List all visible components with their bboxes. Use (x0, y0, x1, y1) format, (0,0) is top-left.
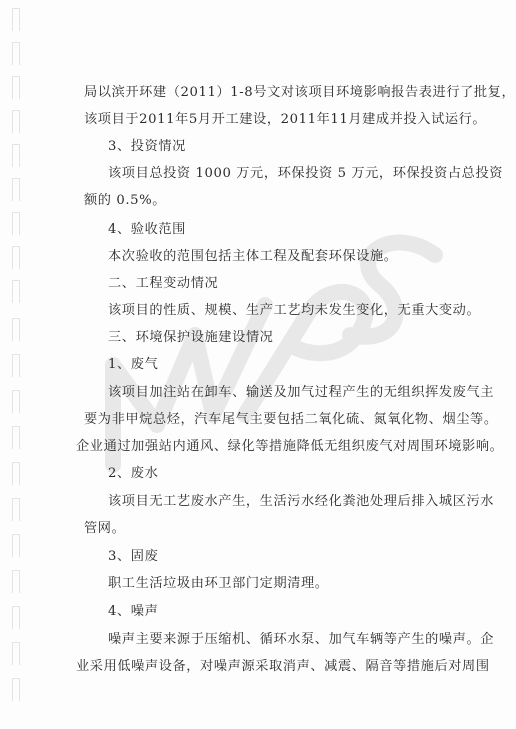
section-heading-acceptance-scope: 4、验收范围 (108, 221, 186, 239)
section-heading-solid-waste: 3、固废 (108, 548, 158, 566)
binding-hole-mark (12, 606, 20, 629)
section-heading-investment: 3、投资情况 (108, 138, 186, 156)
body-text-line: 该项目于2011年5月开工建设，2011年11月建成并投入试运行。 (84, 111, 486, 129)
binding-hole-mark (12, 42, 20, 65)
body-text-line: 额的 0.5%。 (84, 192, 166, 210)
body-text-line: 要为非甲烷总烃，汽车尾气主要包括二氧化硫、氮氧化物、烟尘等。 (84, 411, 498, 429)
binding-hole-mark (12, 246, 20, 269)
binding-hole-mark (12, 178, 20, 201)
body-text-line: 业采用低噪声设备，对噪声源采取消声、减震、隔音等措施后对周围 (76, 658, 490, 676)
body-text-line: 企业通过加强站内通风、绿化等措施降低无组织废气对周围环境影响。 (76, 438, 503, 456)
binding-hole-mark (12, 426, 20, 449)
body-text-line: 该项目无工艺废水产生，生活污水经化粪池处理后排入城区污水 (108, 493, 494, 511)
section-heading-noise: 4、噪声 (108, 603, 158, 621)
binding-hole-mark (12, 390, 20, 413)
binding-hole-mark (12, 76, 20, 99)
body-text-line: 该项目总投资 1000 万元，环保投资 5 万元，环保投资占总投资 (108, 165, 503, 183)
binding-hole-mark (12, 642, 20, 665)
binding-hole-mark (12, 110, 20, 133)
body-text-line: 噪声主要来源于压缩机、循环水泵、加气车辆等产生的噪声。企 (108, 631, 494, 649)
section-heading-waste-gas: 1、废气 (108, 356, 158, 374)
binding-hole-mark (12, 678, 20, 701)
binding-hole-mark (12, 354, 20, 377)
body-text-line: 该项目加注站在卸车、输送及加气过程产生的无组织挥发废气主 (108, 384, 494, 402)
body-text-line: 局以滨开环建（2011）1-8号文对该项目环境影响报告表进行了批复， (84, 84, 515, 102)
section-heading-waste-water: 2、废水 (108, 465, 158, 483)
binding-holes (10, 0, 22, 729)
binding-hole-mark (12, 534, 20, 557)
body-text-line: 本次验收的范围包括主体工程及配套环保设施。 (108, 248, 398, 266)
document-page: 局以滨开环建（2011）1-8号文对该项目环境影响报告表进行了批复， 该项目于2… (0, 0, 516, 729)
binding-hole-mark (12, 318, 20, 341)
body-text-line: 管网。 (84, 520, 125, 538)
body-text-line: 职工生活垃圾由环卫部门定期清理。 (108, 575, 329, 593)
binding-hole-mark (12, 8, 20, 31)
section-heading-project-changes: 二、工程变动情况 (108, 275, 218, 293)
body-text-line: 该项目的性质、规模、生产工艺均未发生变化，无重大变动。 (108, 302, 480, 320)
binding-hole-mark (12, 570, 20, 593)
binding-hole-mark (12, 144, 20, 167)
binding-hole-mark (12, 498, 20, 521)
binding-hole-mark (12, 280, 20, 303)
binding-hole-mark (12, 462, 20, 485)
binding-hole-mark (12, 212, 20, 235)
section-heading-env-protection: 三、环境保护设施建设情况 (108, 329, 273, 347)
